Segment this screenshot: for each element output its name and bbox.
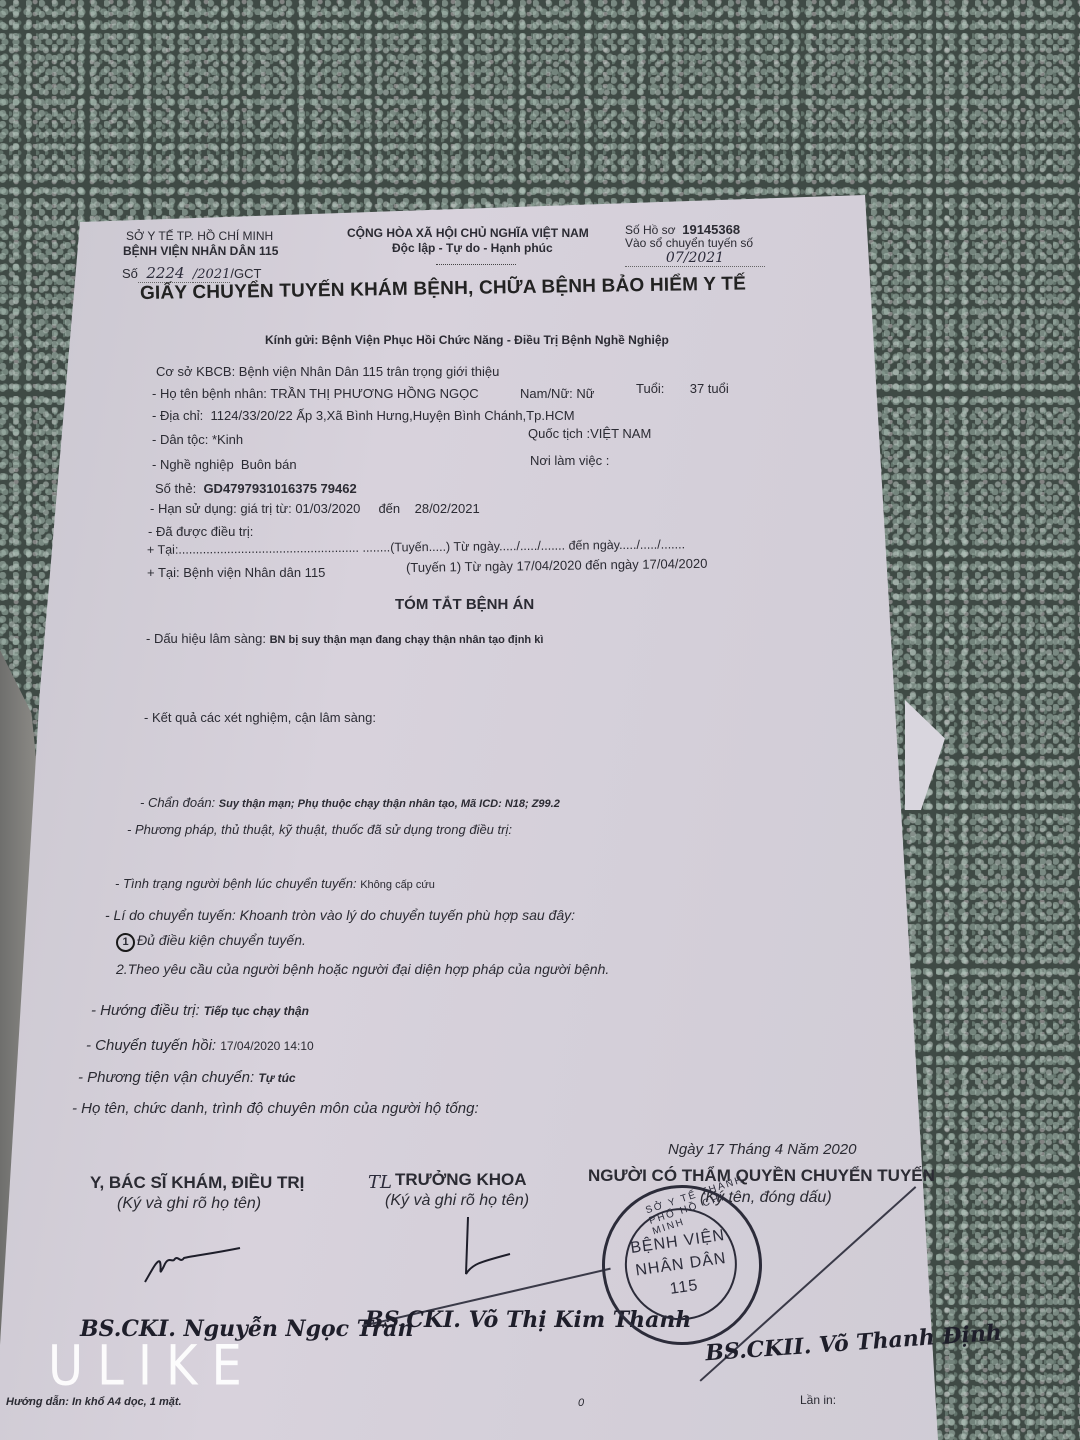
patient-age: Tuổi: 37 tuổi <box>636 381 729 396</box>
record-number: Số Hồ sơ 19145368 <box>625 222 740 237</box>
sex-value: Nữ <box>576 386 594 401</box>
authority-name: BS.CKII. Võ Thanh Định <box>704 1320 1002 1367</box>
condition-label: - Tình trạng người bệnh lúc chuyển tuyến… <box>115 876 357 891</box>
doctor-subtitle: (Ký và ghi rõ họ tên) <box>117 1195 261 1213</box>
direction-value: Tiếp tục chạy thận <box>204 1004 309 1018</box>
patient-name: TRẦN THỊ PHƯƠNG HỒNG NGỌC <box>270 386 478 401</box>
treated-at-detail: (Tuyến 1) Từ ngày 17/04/2020 đến ngày 17… <box>406 556 708 575</box>
doc-number-handwritten: 2224 <box>138 264 193 283</box>
doc-number-year: /2021 <box>193 267 230 283</box>
sex-label: Nam/Nữ: <box>520 386 573 401</box>
valid-from: 01/03/2020 <box>295 501 360 516</box>
referral-document: SỞ Y TẾ TP. HỒ CHÍ MINH BỆNH VIỆN NHÂN D… <box>0 0 1080 1440</box>
ethnicity-value: *Kinh <box>212 432 243 447</box>
diagnosis: - Chẩn đoán: Suy thận mạn; Phụ thuộc chạ… <box>140 795 560 810</box>
address-label: - Địa chỉ: <box>152 408 203 423</box>
patient-occupation: - Nghề nghiệp Buôn bán <box>152 457 297 472</box>
valid-to-label: đến <box>378 501 400 516</box>
occupation-value: Buôn bán <box>241 457 297 472</box>
stamp-line-3: 115 <box>668 1274 699 1301</box>
treated-label: - Đã được điều trị: <box>148 524 253 539</box>
doc-number-label: Số <box>122 266 138 281</box>
valid-to: 28/02/2021 <box>415 501 480 516</box>
age-value: 37 tuổi <box>690 381 729 396</box>
head-subtitle: (Ký và ghi rõ họ tên) <box>385 1192 529 1210</box>
recipient: Kính gửi: Bệnh Viện Phục Hồi Chức Năng -… <box>265 333 669 347</box>
ethnicity-label: - Dân tộc: <box>152 432 208 447</box>
patient-ethnicity: - Dân tộc: *Kinh <box>152 432 243 447</box>
nationality-value: VIỆT NAM <box>590 426 651 441</box>
facility-intro: Cơ sở KBCB: Bệnh viện Nhân Dân 115 trân … <box>156 364 499 379</box>
treated-at: + Tại: Bệnh viện Nhân dân 115 <box>147 565 325 580</box>
direction-label: - Hướng điều trị: <box>91 1002 200 1019</box>
transfer-time-value: 17/04/2020 14:10 <box>220 1039 313 1053</box>
treatment-direction: - Hướng điều trị: Tiếp tục chạy thận <box>91 1002 309 1019</box>
patient-name-row: - Họ tên bệnh nhân: TRẦN THỊ PHƯƠNG HỒNG… <box>152 386 479 401</box>
card-validity: - Hạn sử dụng: giá trị từ: 01/03/2020 đế… <box>150 501 480 516</box>
doc-number-suffix: /GCT <box>230 266 261 281</box>
condition: - Tình trạng người bệnh lúc chuyển tuyến… <box>115 876 435 891</box>
print-count-label: Lần in: <box>800 1393 836 1407</box>
transport-value: Tự túc <box>258 1071 295 1085</box>
treated-blank-row: + Tại:..................................… <box>147 537 685 557</box>
validity-label: - Hạn sử dụng: giá trị từ: <box>150 501 292 516</box>
transfer-book-handwritten: 07/2021 <box>625 250 765 267</box>
clinical-label: - Dấu hiệu lâm sàng: <box>146 631 266 646</box>
app-watermark: ULIKE <box>48 1334 256 1398</box>
tests-label: - Kết quả các xét nghiệm, cận lâm sàng: <box>144 710 376 725</box>
reason-option-1: 1Đủ điều kiện chuyển tuyến. <box>116 932 306 952</box>
patient-name-label: - Họ tên bệnh nhân: <box>152 386 267 401</box>
head-title: TRƯỞNG KHOA <box>395 1170 527 1190</box>
card-label: Số thẻ: <box>155 481 196 496</box>
reason-label: - Lí do chuyển tuyến: Khoanh tròn vào lý… <box>105 907 575 923</box>
insurance-card: Số thẻ: GD4797931016375 79462 <box>155 481 357 496</box>
head-signature-icon <box>460 1212 520 1282</box>
department-name: SỞ Y TẾ TP. HỒ CHÍ MINH <box>126 229 273 243</box>
patient-workplace: Nơi làm việc : <box>530 453 609 468</box>
reason-option-2: 2.Theo yêu cầu của người bệnh hoặc người… <box>116 961 609 977</box>
document-number: Số2224/2021/GCT <box>122 264 261 283</box>
head-prefix: TL <box>368 1172 392 1193</box>
transport: - Phương tiện vận chuyển: Tự túc <box>78 1069 296 1086</box>
doctor-title: Y, BÁC SĨ KHÁM, ĐIỀU TRỊ <box>90 1173 304 1193</box>
nation-motto: Độc lập - Tự do - Hạnh phúc <box>392 241 553 255</box>
clinical-value: BN bị suy thận mạn đang chạy thận nhân t… <box>270 634 544 646</box>
clinical-signs: - Dấu hiệu lâm sàng: BN bị suy thận mạn … <box>146 631 543 646</box>
patient-sex: Nam/Nữ: Nữ <box>520 386 594 401</box>
patient-nationality: Quốc tịch :VIỆT NAM <box>528 426 651 441</box>
diagnosis-label: - Chẩn đoán: <box>140 795 215 810</box>
occupation-label: - Nghề nghiệp <box>152 457 234 472</box>
address-value: 1124/33/20/22 Ấp 3,Xã Bình Hưng,Huyện Bì… <box>211 408 575 423</box>
hospital-name: BỆNH VIỆN NHÂN DÂN 115 <box>123 244 278 258</box>
signature-date: Ngày 17 Tháng 4 Năm 2020 <box>668 1141 856 1158</box>
motto-underline <box>436 264 516 265</box>
page-number: 0 <box>578 1397 584 1409</box>
reason-circled-marker: 1 <box>116 933 135 952</box>
stamp-center: BỆNH VIỆN NHÂN DÂN 115 <box>618 1201 744 1327</box>
transport-label: - Phương tiện vận chuyển: <box>78 1069 254 1086</box>
transfer-book-label: Vào sổ chuyển tuyến số <box>625 236 753 250</box>
authority-title: NGƯỜI CÓ THẨM QUYỀN CHUYỂN TUYẾN <box>588 1166 935 1186</box>
nationality-label: Quốc tịch : <box>528 426 590 441</box>
card-number: GD4797931016375 79462 <box>203 481 356 496</box>
summary-title: TÓM TẮT BỆNH ÁN <box>395 596 534 613</box>
methods-label: - Phương pháp, thủ thuật, kỹ thuật, thuố… <box>127 822 512 837</box>
diagnosis-value: Suy thận mạn; Phụ thuộc chạy thận nhân t… <box>219 798 560 810</box>
condition-value: Không cấp cứu <box>360 879 435 891</box>
escort-label: - Họ tên, chức danh, trình độ chuyên môn… <box>72 1100 479 1117</box>
transfer-time: - Chuyển tuyến hồi: 17/04/2020 14:10 <box>86 1037 314 1054</box>
patient-address: - Địa chỉ: 1124/33/20/22 Ấp 3,Xã Bình Hư… <box>152 408 575 423</box>
transfer-time-label: - Chuyển tuyến hồi: <box>86 1037 216 1054</box>
nation-name: CỘNG HÒA XÃ HỘI CHỦ NGHĨA VIỆT NAM <box>347 226 589 240</box>
age-label: Tuổi: <box>636 381 664 396</box>
record-label: Số Hồ sơ <box>625 223 676 237</box>
doctor-signature-icon <box>140 1240 250 1290</box>
record-value: 19145368 <box>682 222 740 237</box>
reason-1-text: Đủ điều kiện chuyển tuyến. <box>137 932 306 948</box>
